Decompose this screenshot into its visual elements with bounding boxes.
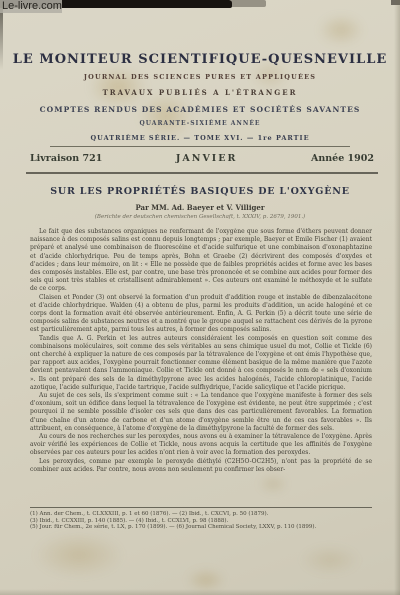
article-paragraph: Les peroxydes, comme par exemple le pero… — [30, 458, 372, 474]
journal-subtitle: JOURNAL DES SCIENCES PURES ET APPLIQUÉES — [0, 73, 400, 81]
paper-stain — [300, 545, 360, 575]
scan-bottom-edge — [0, 589, 400, 595]
article-body: Le fait que des substances organiques ne… — [30, 228, 372, 506]
issue-number: Livraison 721 — [30, 153, 102, 164]
article-paragraph: Au cours de nos recherches sur les perox… — [30, 433, 372, 458]
paper-stain — [318, 14, 364, 46]
paper-stain — [34, 532, 124, 578]
footnote-divider — [30, 507, 372, 508]
journal-year-line: QUARANTE-SIXIÈME ANNÉE — [0, 120, 400, 127]
masthead-divider — [50, 146, 350, 147]
article-paragraph: Le fait que des substances organiques ne… — [30, 228, 372, 294]
article-paragraph: Tandis que A. G. Perkin et les autres au… — [30, 335, 372, 392]
watermark-text: Le-livre.com — [2, 0, 62, 13]
scanned-journal-page: Le-livre.com LE MONITEUR SCIENTIFIQUE-QU… — [0, 0, 400, 595]
issue-bar-divider — [26, 172, 378, 174]
journal-subtitle-travaux: TRAVAUX PUBLIÉS A L'ÉTRANGER — [0, 88, 400, 97]
scan-edge-bar-fade — [230, 0, 266, 7]
article-byline: Par MM. Ad. Baeyer et V. Villiger — [0, 203, 400, 212]
footnote-line: (1) Ann. der Chem., t. CLXXXIII, p. 1 et… — [30, 511, 372, 518]
article-paragraph: Au sujet de ces sels, ils s'expriment co… — [30, 392, 372, 433]
journal-series-line: QUATRIÈME SÉRIE. — TOME XVI. — 1re PARTI… — [0, 134, 400, 142]
issue-year: Année 1902 — [311, 153, 374, 164]
issue-bar: Livraison 721 JANVIER Année 1902 — [30, 153, 374, 164]
journal-title: LE MONITEUR SCIENTIFIQUE-QUESNEVILLE — [0, 52, 400, 67]
journal-subtitle-comptes-rendus: COMPTES RENDUS DES ACADÉMIES ET SOCIÉTÉS… — [0, 105, 400, 114]
article-paragraph: Claisen et Ponder (3) ont observé la for… — [30, 294, 372, 335]
article-title: SUR LES PROPRIÉTÉS BASIQUES DE L'OXYGÈNE — [0, 186, 400, 197]
footnote-line: (5) Jour. für Chem., 2e série, t. LX, p.… — [30, 524, 372, 531]
masthead: LE MONITEUR SCIENTIFIQUE-QUESNEVILLE JOU… — [0, 52, 400, 142]
footnotes: (1) Ann. der Chem., t. CLXXXIII, p. 1 et… — [30, 511, 372, 531]
article-source-note: (Berichte der deutschen chemischen Gesel… — [0, 214, 400, 220]
issue-month: JANVIER — [176, 153, 238, 164]
